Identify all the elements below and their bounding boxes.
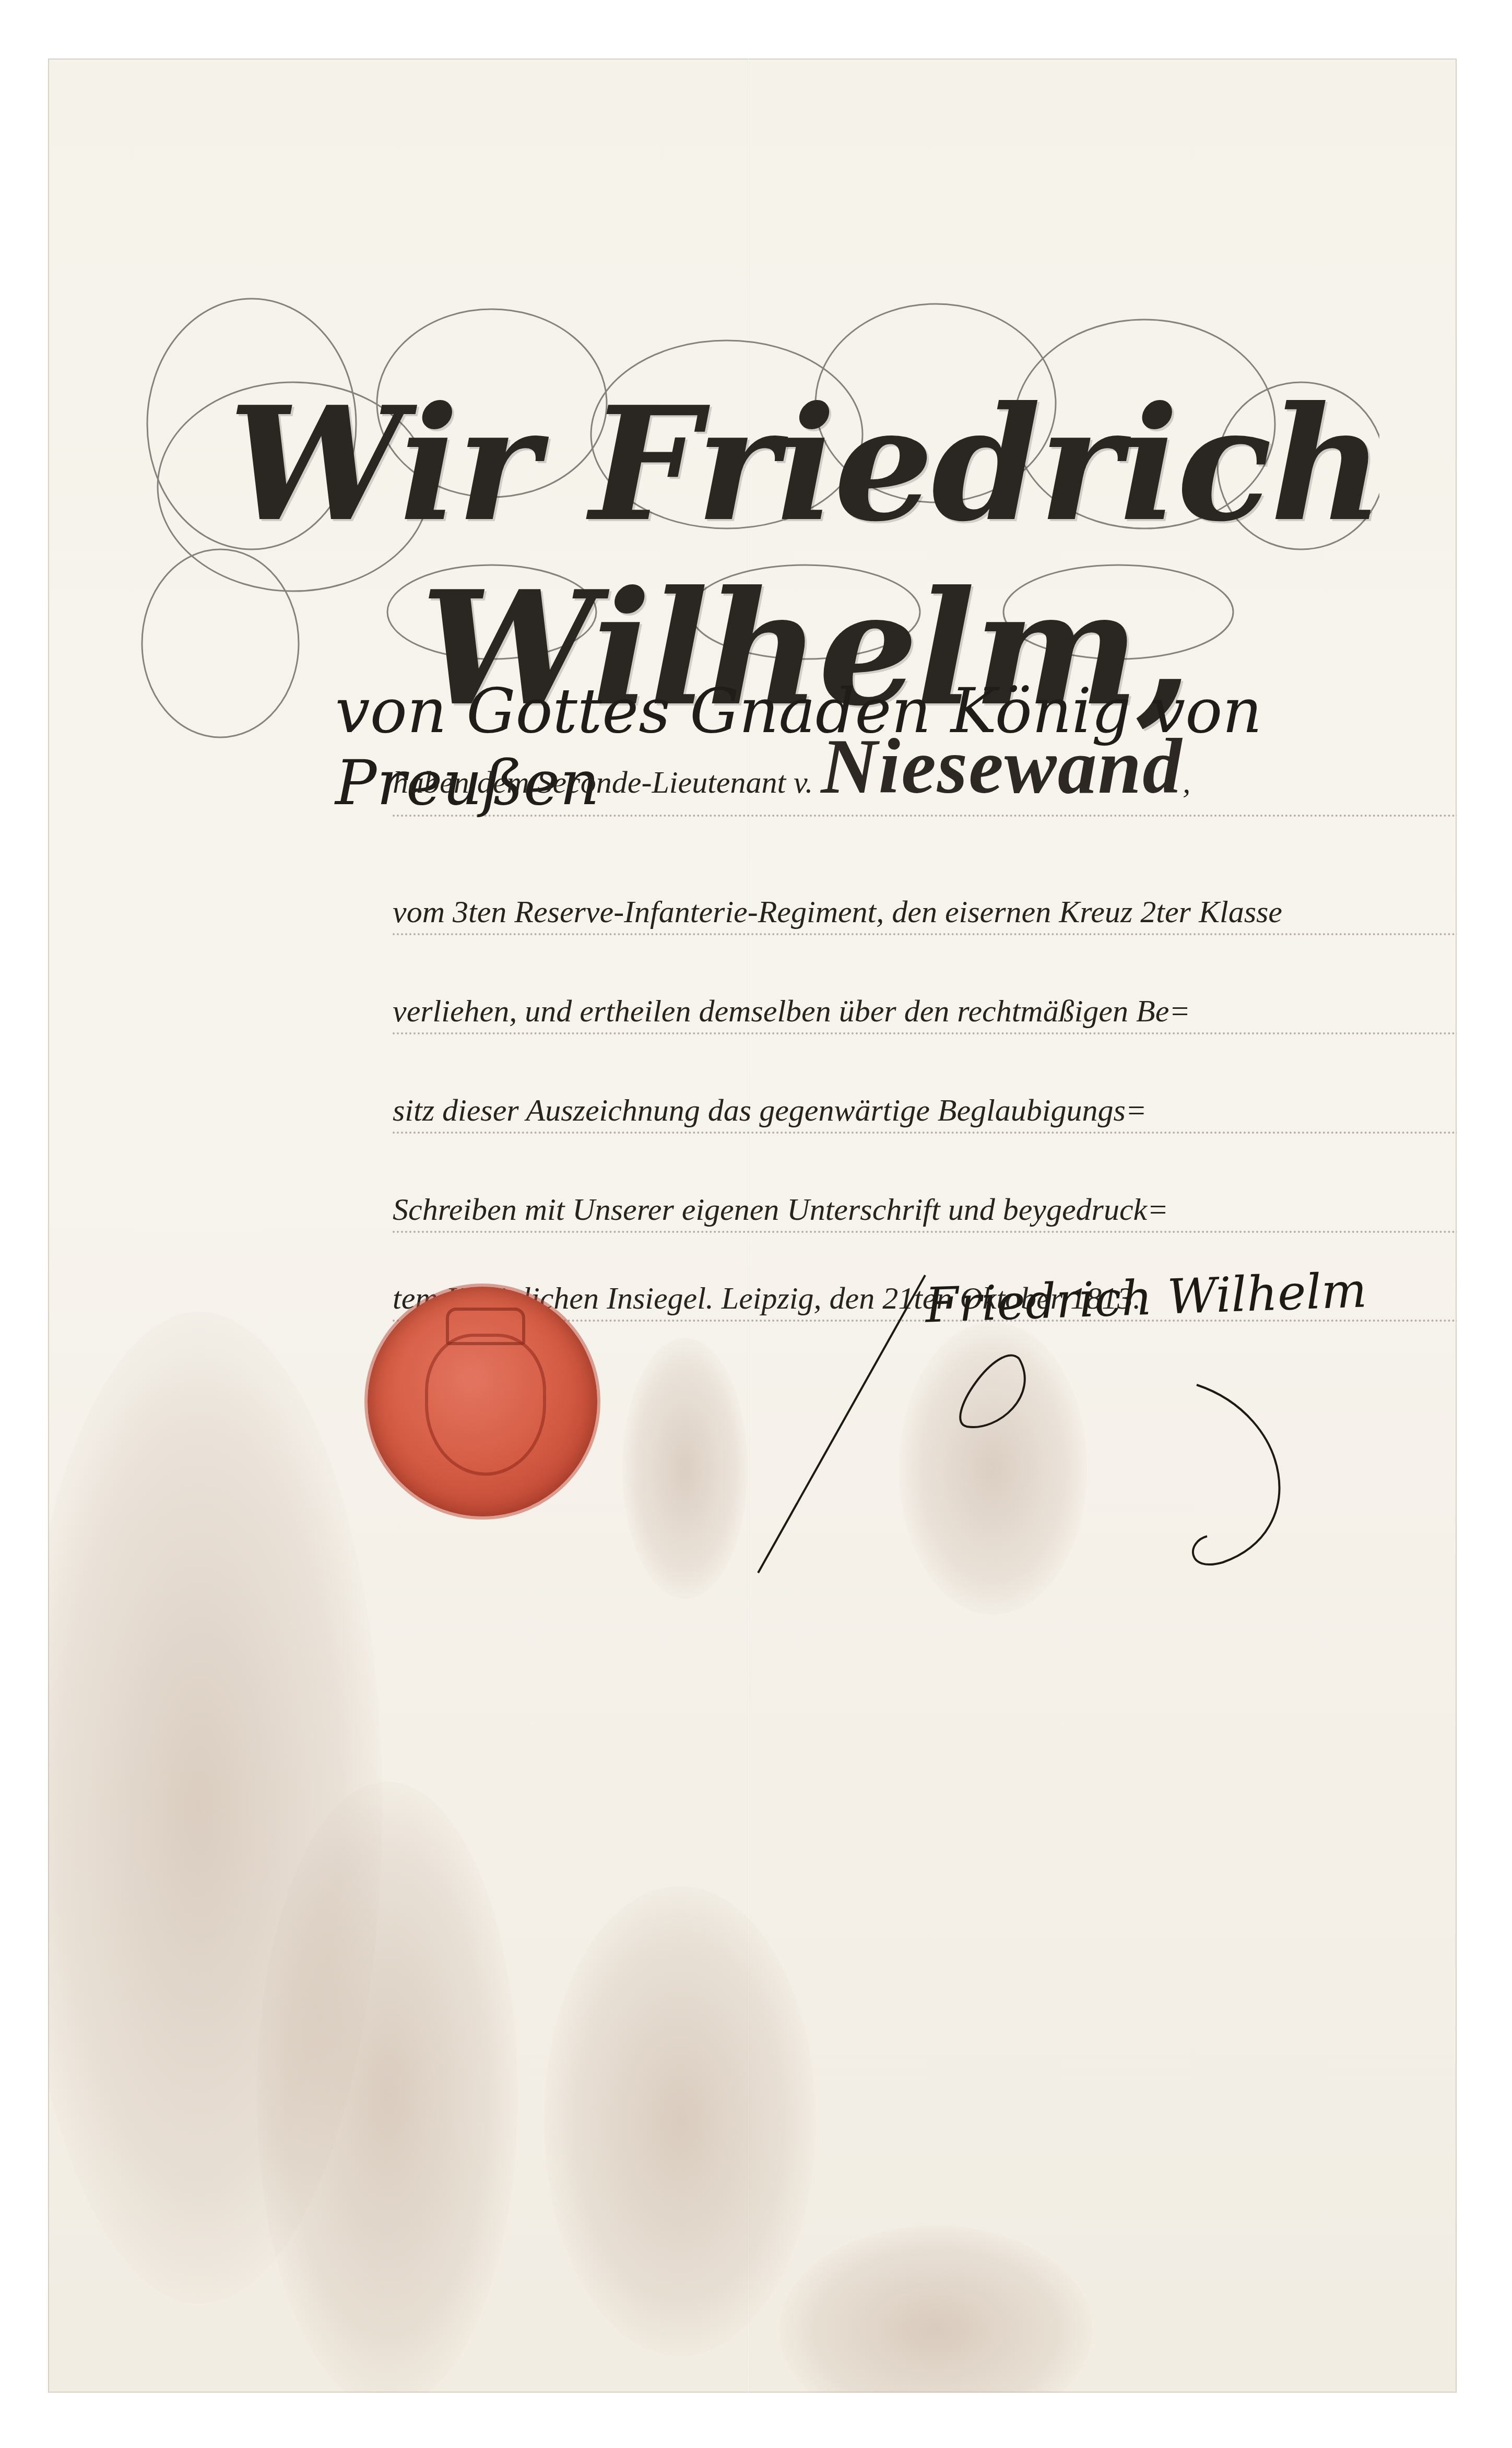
recipient-name: Niesewand xyxy=(821,723,1183,810)
line-suffix: , xyxy=(1183,765,1190,799)
text-line-1: haben dem Seconde-Lieutenant v. Niesewan… xyxy=(393,722,1457,817)
text-line-3: verliehen, und ertheilen demselben über … xyxy=(393,993,1457,1034)
seal-coat-of-arms-icon xyxy=(425,1334,546,1476)
line-prefix: haben dem Seconde-Lieutenant v. xyxy=(393,765,813,799)
wax-seal xyxy=(368,1287,597,1516)
stain xyxy=(544,1886,816,2356)
royal-signature: Friedrich Wilhelm xyxy=(924,1262,1367,1333)
stain xyxy=(899,1322,1087,1615)
stain xyxy=(257,1782,518,2393)
text-line-2: vom 3ten Reserve-Infanterie-Regiment, de… xyxy=(393,894,1457,935)
stain xyxy=(622,1338,748,1599)
text-line-5: Schreiben mit Unserer eigenen Unterschri… xyxy=(393,1192,1457,1233)
stain xyxy=(779,2226,1092,2393)
text-line-4: sitz dieser Auszeichnung das gegenwärtig… xyxy=(393,1092,1457,1134)
document-page: Wir Friedrich Wilhelm, von Gottes Gnaden… xyxy=(48,58,1457,2393)
